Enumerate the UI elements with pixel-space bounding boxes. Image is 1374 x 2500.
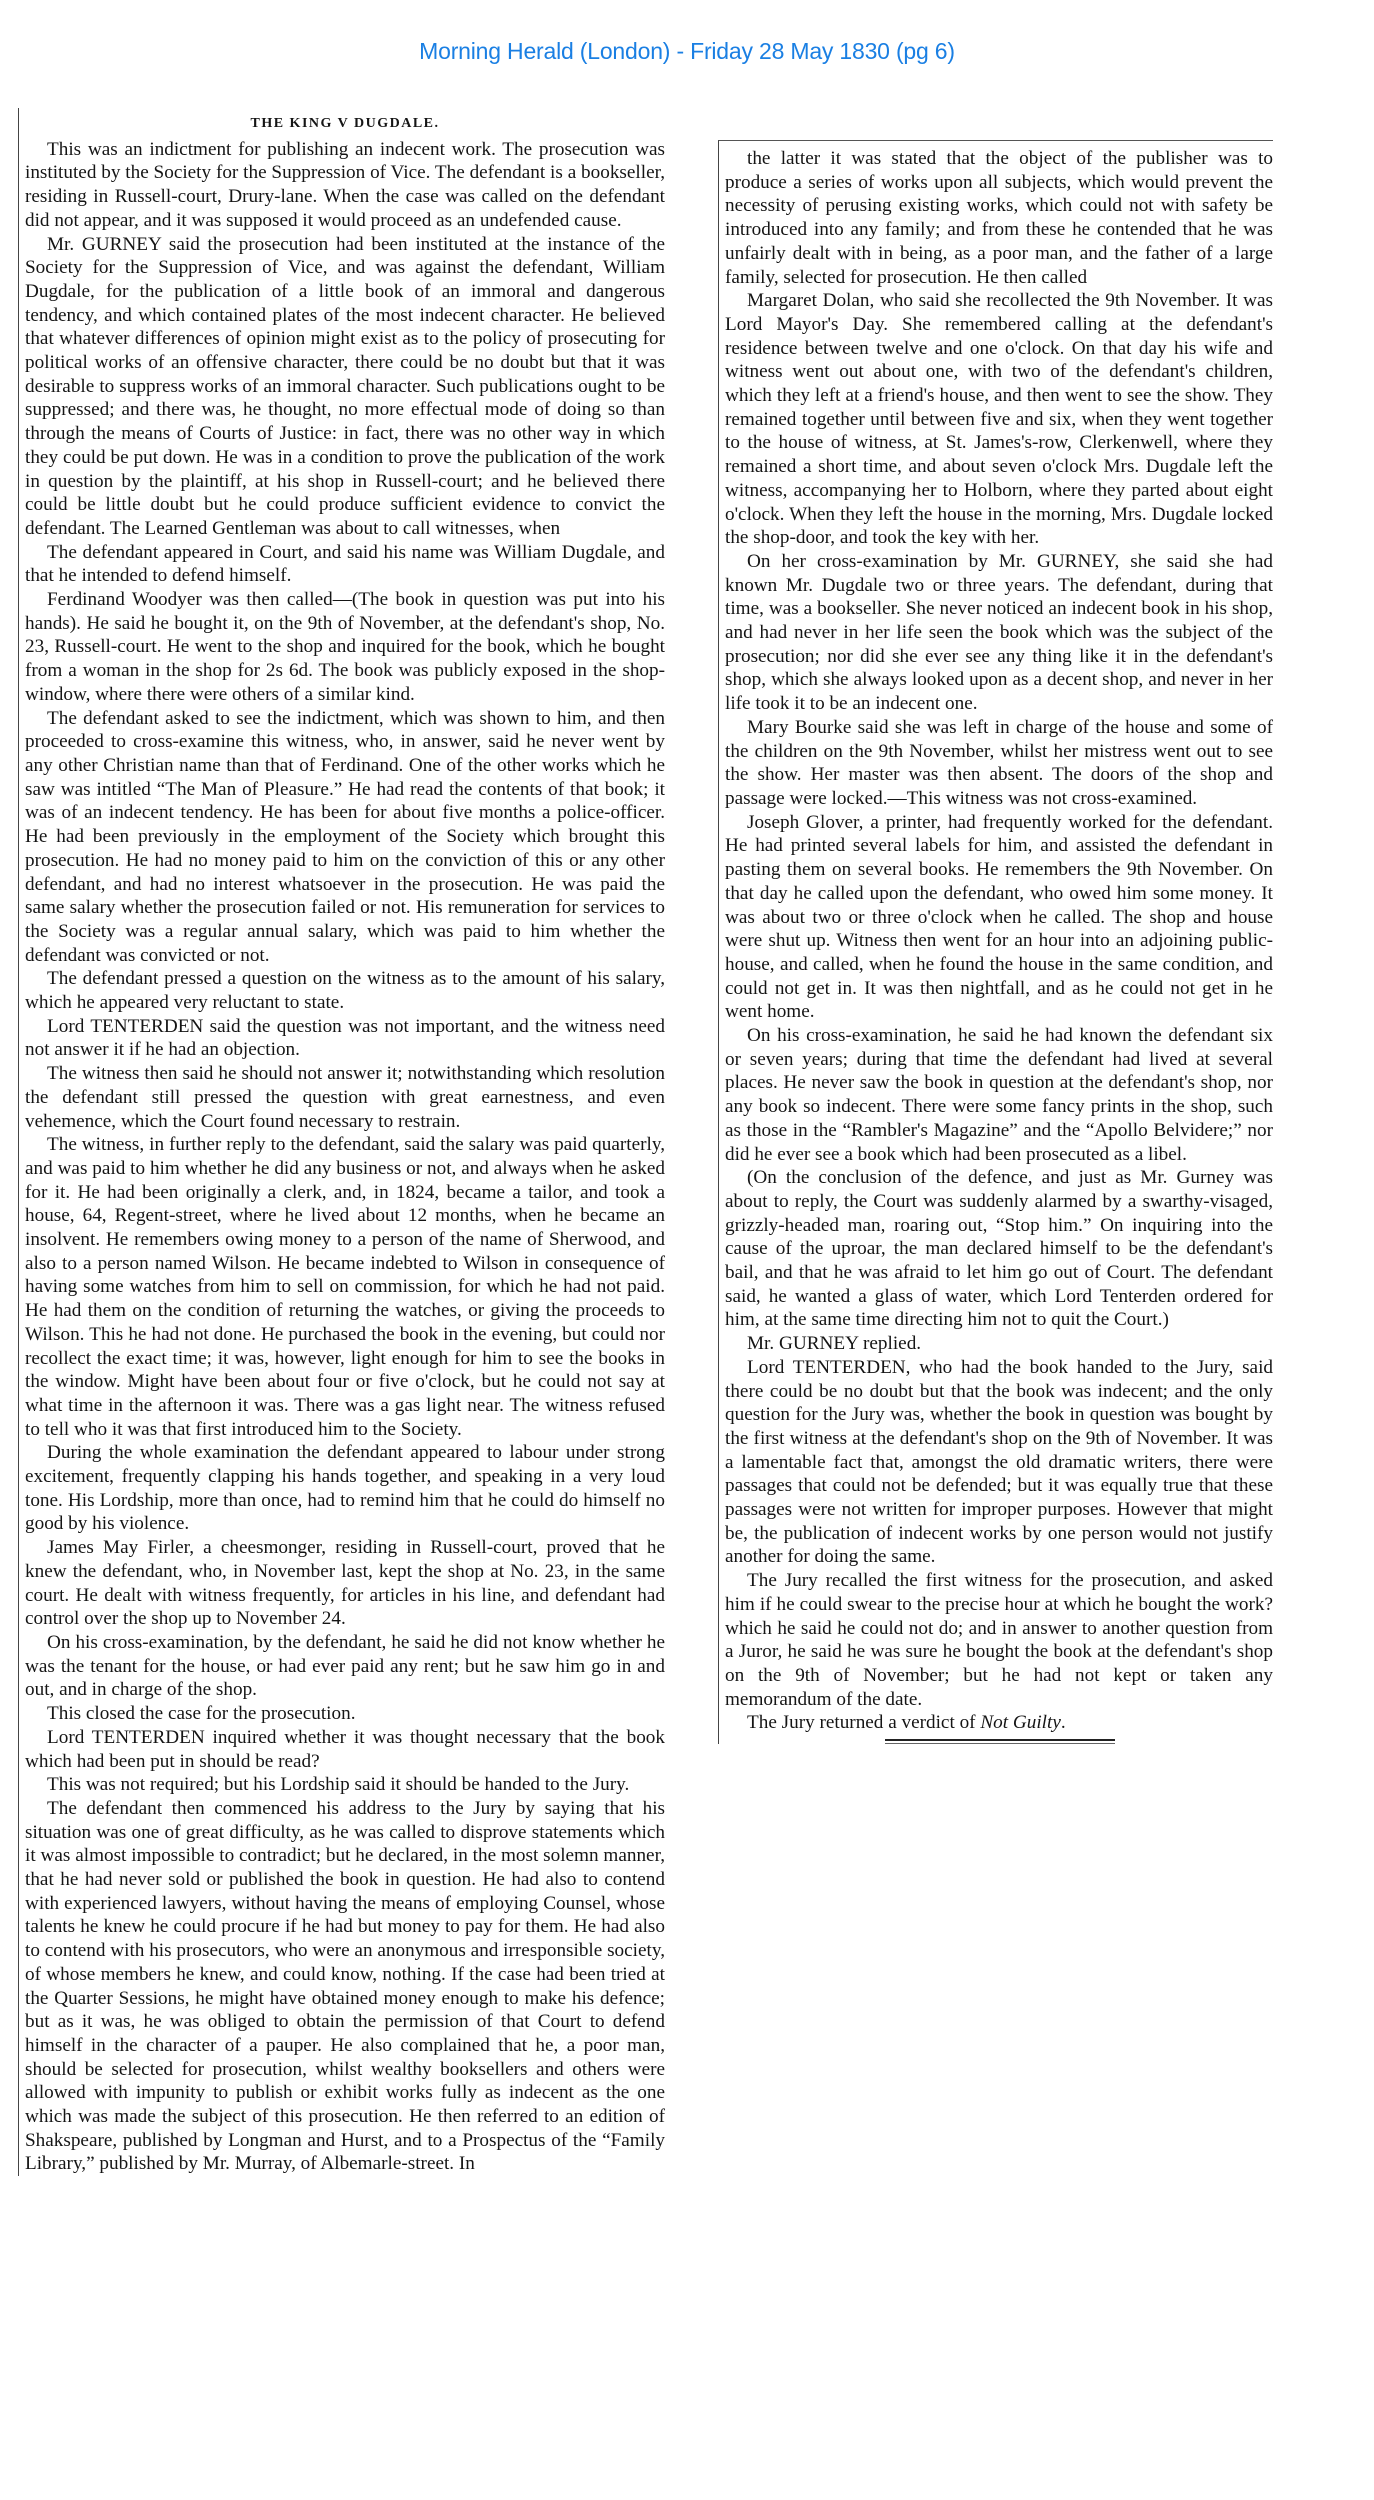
article-paragraph: The defendant then commenced his address… bbox=[25, 1797, 665, 2176]
article-paragraph: Ferdinand Woodyer was then called—(The b… bbox=[25, 588, 665, 707]
article-title: THE KING V DUGDALE. bbox=[25, 112, 665, 136]
article-left-column: THE KING V DUGDALE. This was an indictme… bbox=[18, 108, 665, 2176]
article-right-column: the latter it was stated that the object… bbox=[718, 140, 1273, 1744]
article-paragraph: During the whole examination the defenda… bbox=[25, 1441, 665, 1536]
article-paragraph: Margaret Dolan, who said she recollected… bbox=[725, 289, 1273, 550]
article-paragraph: This closed the case for the prosecution… bbox=[25, 1702, 665, 1726]
article-paragraph: Mr. GURNEY replied. bbox=[725, 1332, 1273, 1356]
article-paragraph: The witness then said he should not answ… bbox=[25, 1062, 665, 1133]
verdict-paragraph: The Jury returned a verdict of Not Guilt… bbox=[725, 1711, 1273, 1735]
article-paragraph: The defendant pressed a question on the … bbox=[25, 967, 665, 1014]
article-paragraph: The Jury recalled the first witness for … bbox=[725, 1569, 1273, 1711]
article-paragraph: The defendant asked to see the indictmen… bbox=[25, 707, 665, 968]
article-paragraph: On her cross-examination by Mr. GURNEY, … bbox=[725, 550, 1273, 716]
article-paragraph: On his cross-examination, by the defenda… bbox=[25, 1631, 665, 1702]
article-paragraph: The defendant appeared in Court, and sai… bbox=[25, 541, 665, 588]
article-paragraph: Lord TENTERDEN inquired whether it was t… bbox=[25, 1726, 665, 1773]
article-paragraph: Lord TENTERDEN said the question was not… bbox=[25, 1015, 665, 1062]
page-header-title: Morning Herald (London) - Friday 28 May … bbox=[0, 38, 1374, 65]
verdict-prefix: The Jury returned a verdict of bbox=[747, 1712, 980, 1733]
article-paragraph: Lord TENTERDEN, who had the book handed … bbox=[725, 1356, 1273, 1569]
left-paragraphs: This was an indictment for publishing an… bbox=[25, 138, 665, 2176]
article-paragraph: This was an indictment for publishing an… bbox=[25, 138, 665, 233]
article-paragraph: the latter it was stated that the object… bbox=[725, 147, 1273, 289]
article-paragraph: Mary Bourke said she was left in charge … bbox=[725, 716, 1273, 811]
article-paragraph: Mr. GURNEY said the prosecution had been… bbox=[25, 233, 665, 541]
article-end-rule bbox=[885, 1739, 1115, 1744]
right-paragraphs: the latter it was stated that the object… bbox=[725, 147, 1273, 1711]
article-paragraph: This was not required; but his Lordship … bbox=[25, 1773, 665, 1797]
article-paragraph: The witness, in further reply to the def… bbox=[25, 1133, 665, 1441]
article-paragraph: On his cross-examination, he said he had… bbox=[725, 1024, 1273, 1166]
verdict-emphasis: Not Guilty bbox=[980, 1712, 1060, 1733]
article-paragraph: (On the conclusion of the defence, and j… bbox=[725, 1166, 1273, 1332]
article-paragraph: Joseph Glover, a printer, had frequently… bbox=[725, 811, 1273, 1024]
verdict-suffix: . bbox=[1061, 1712, 1066, 1733]
article-paragraph: James May Firler, a cheesmonger, residin… bbox=[25, 1536, 665, 1631]
